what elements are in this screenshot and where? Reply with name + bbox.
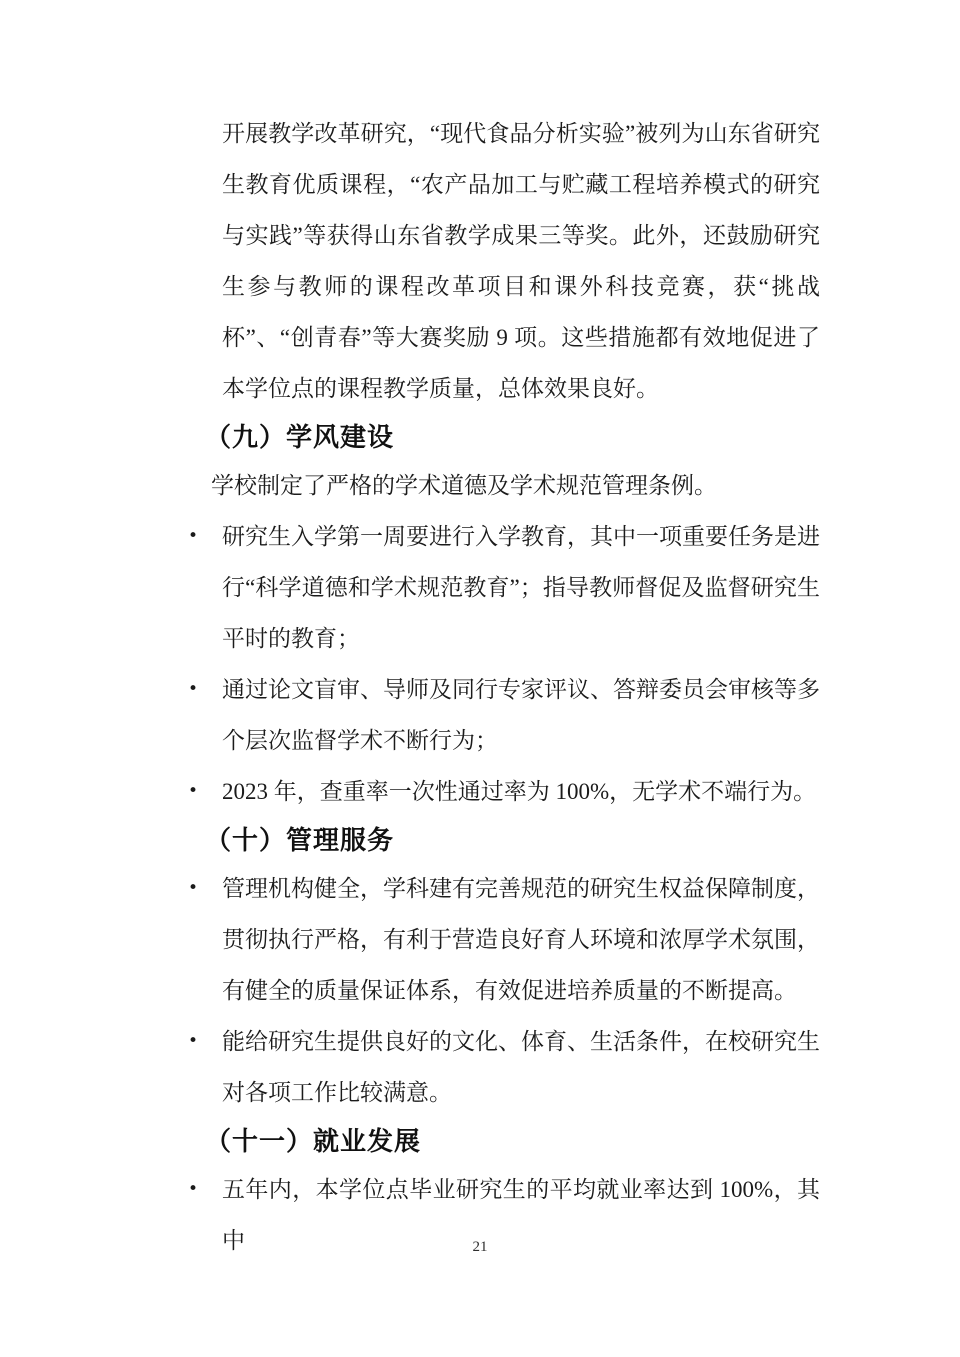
list-item: • 管理机构健全，学科建有完善规范的研究生权益保障制度，贯彻执行严格，有利于营造… bbox=[222, 863, 820, 1016]
list-item-text: 管理机构健全，学科建有完善规范的研究生权益保障制度，贯彻执行严格，有利于营造良好… bbox=[222, 863, 820, 1016]
bullet-icon: • bbox=[188, 863, 198, 914]
list-item: • 通过论文盲审、导师及同行专家评议、答辩委员会审核等多个层次监督学术不断行为； bbox=[222, 664, 820, 766]
section-heading-10-management-service: （十）管理服务 bbox=[205, 817, 820, 863]
section-9-paragraph: 学校制定了严格的学术道德及学术规范管理条例。 bbox=[211, 460, 820, 511]
bullet-icon: • bbox=[188, 766, 198, 817]
section-heading-9-study-style: （九）学风建设 bbox=[205, 414, 820, 460]
bullet-icon: • bbox=[188, 664, 198, 715]
list-item: • 研究生入学第一周要进行入学教育，其中一项重要任务是进行“科学道德和学术规范教… bbox=[222, 511, 820, 664]
list-item-text: 2023 年，查重率一次性通过率为 100%，无学术不端行为。 bbox=[222, 766, 820, 817]
bullet-icon: • bbox=[188, 1016, 198, 1067]
list-item-text: 能给研究生提供良好的文化、体育、生活条件，在校研究生对各项工作比较满意。 bbox=[222, 1016, 820, 1118]
paragraph-course-teaching: 开展教学改革研究，“现代食品分析实验”被列为山东省研究生教育优质课程，“农产品加… bbox=[222, 108, 820, 414]
bullet-icon: • bbox=[188, 511, 198, 562]
document-page: 开展教学改革研究，“现代食品分析实验”被列为山东省研究生教育优质课程，“农产品加… bbox=[0, 0, 960, 1357]
list-item: • 能给研究生提供良好的文化、体育、生活条件，在校研究生对各项工作比较满意。 bbox=[222, 1016, 820, 1118]
list-item-text: 通过论文盲审、导师及同行专家评议、答辩委员会审核等多个层次监督学术不断行为； bbox=[222, 664, 820, 766]
page-number: 21 bbox=[0, 1239, 960, 1256]
bullet-icon: • bbox=[188, 1164, 198, 1215]
document-content: 开展教学改革研究，“现代食品分析实验”被列为山东省研究生教育优质课程，“农产品加… bbox=[222, 108, 820, 1266]
list-item-text: 研究生入学第一周要进行入学教育，其中一项重要任务是进行“科学道德和学术规范教育”… bbox=[222, 511, 820, 664]
list-item: • 2023 年，查重率一次性通过率为 100%，无学术不端行为。 bbox=[222, 766, 820, 817]
section-heading-11-employment-development: （十一）就业发展 bbox=[205, 1118, 820, 1164]
